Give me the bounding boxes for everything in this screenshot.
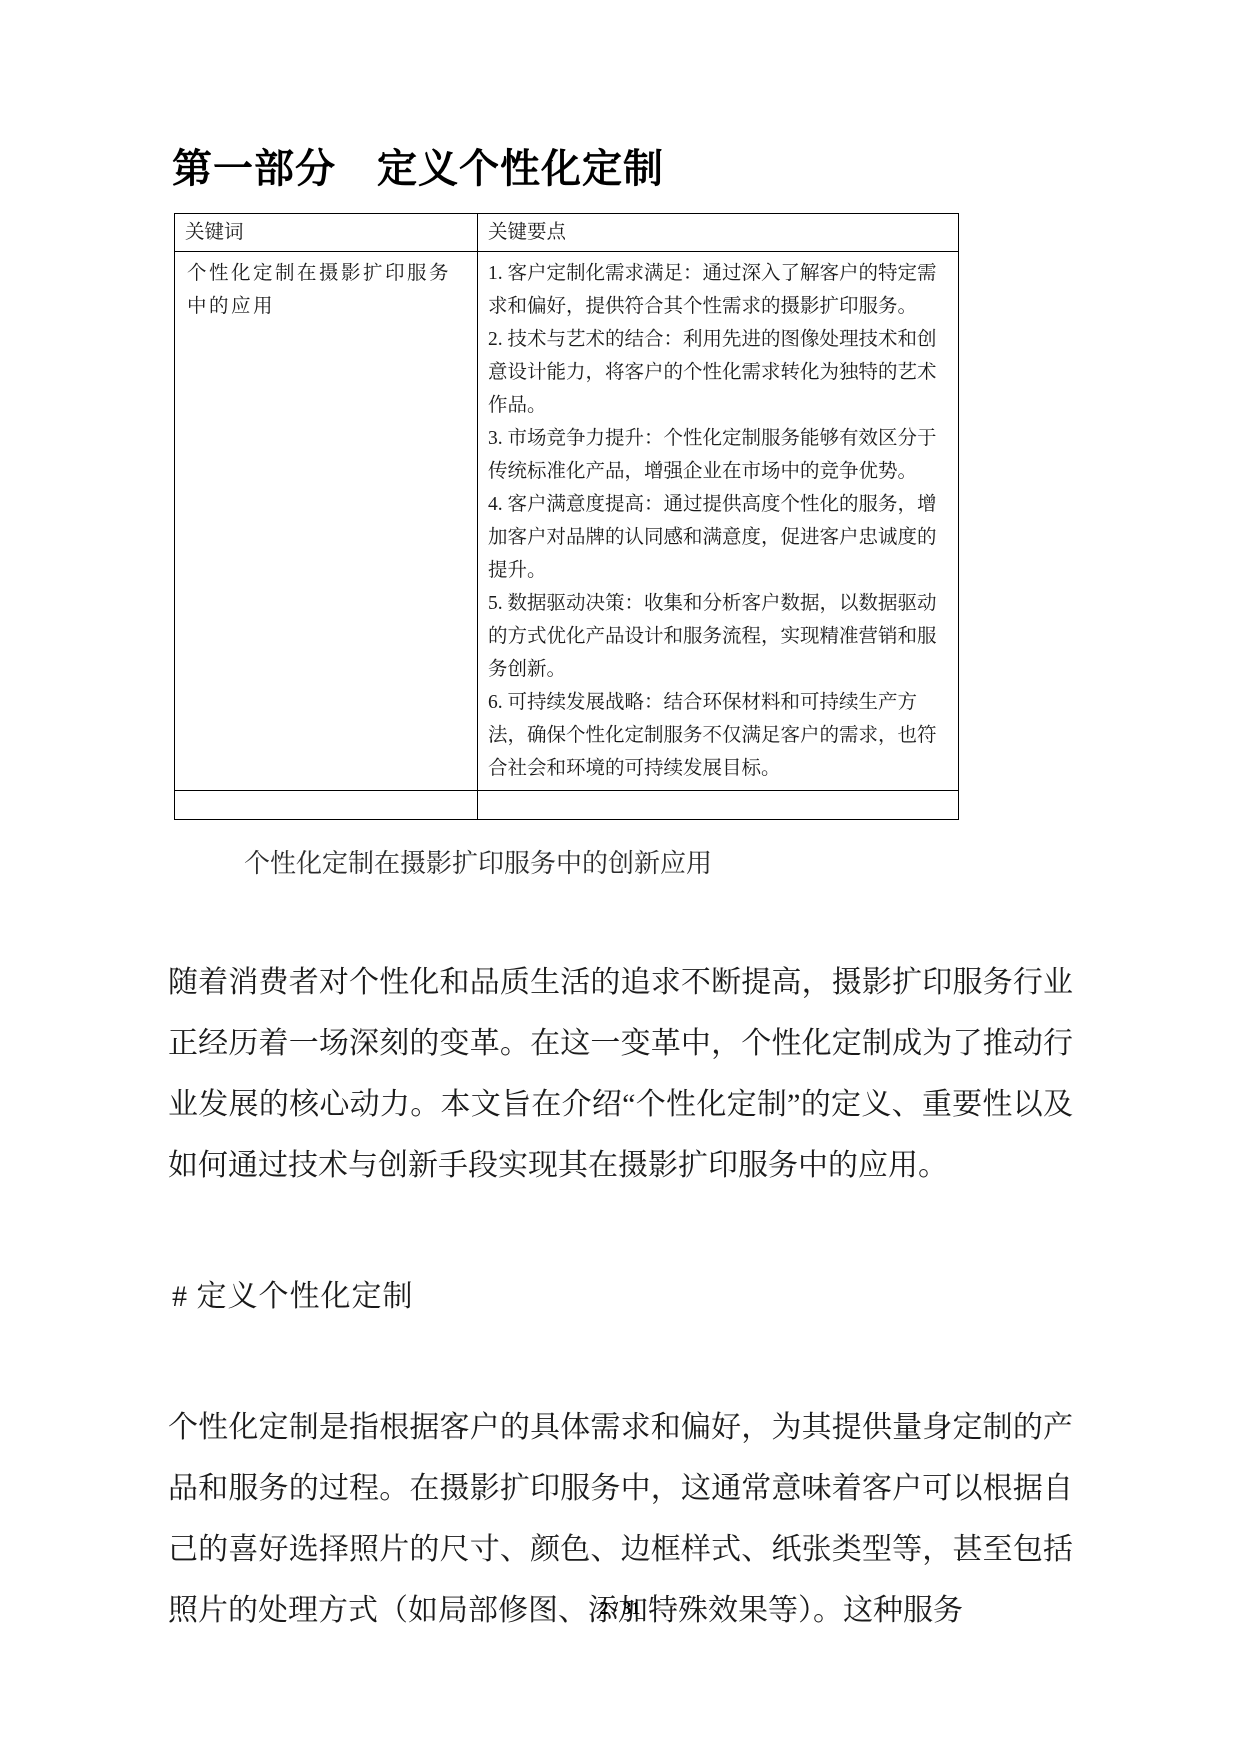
- empty-keypoints-cell: [478, 791, 959, 820]
- table-row-empty: [175, 791, 959, 820]
- keypoint-item: 5. 数据驱动决策：收集和分析客户数据，以数据驱动的方式优化产品设计和服务流程，…: [488, 587, 952, 686]
- keypoint-item: 4. 客户满意度提高：通过提供高度个性化的服务，增加客户对品牌的认同感和满意度，…: [488, 488, 952, 587]
- paragraph-intro: 随着消费者对个性化和品质生活的追求不断提高，摄影扩印服务行业正经历着一场深刻的变…: [168, 952, 1073, 1196]
- document-page: 第一部分 定义个性化定制 关键词 关键要点 个性化定制在摄影扩印服务中的应用 1…: [0, 0, 1240, 1753]
- table-header-row: 关键词 关键要点: [175, 214, 959, 252]
- keypoint-item: 6. 可持续发展战略：结合环保材料和可持续生产方法，确保个性化定制服务不仅满足客…: [488, 686, 952, 785]
- table-header-keypoints: 关键要点: [478, 214, 959, 252]
- keypoint-item: 3. 市场竞争力提升：个性化定制服务能够有效区分于传统标准化产品，增强企业在市场…: [488, 422, 952, 488]
- table-caption: 个性化定制在摄影扩印服务中的创新应用: [172, 846, 1240, 882]
- section-title: 第一部分 定义个性化定制: [172, 145, 1240, 193]
- page-number: 2 / 31: [170, 1598, 1070, 1619]
- keyword-table: 关键词 关键要点 个性化定制在摄影扩印服务中的应用 1. 客户定制化需求满足：通…: [174, 213, 959, 820]
- markdown-heading-definition: # 定义个性化定制: [172, 1266, 1240, 1327]
- keypoint-item: 2. 技术与艺术的结合：利用先进的图像处理技术和创意设计能力，将客户的个性化需求…: [488, 323, 952, 422]
- table-row: 个性化定制在摄影扩印服务中的应用 1. 客户定制化需求满足：通过深入了解客户的特…: [175, 252, 959, 791]
- empty-keyword-cell: [175, 791, 478, 820]
- keypoints-cell: 1. 客户定制化需求满足：通过深入了解客户的特定需求和偏好，提供符合其个性需求的…: [478, 252, 959, 791]
- table-header-keyword: 关键词: [175, 214, 478, 252]
- keypoint-item: 1. 客户定制化需求满足：通过深入了解客户的特定需求和偏好，提供符合其个性需求的…: [488, 257, 952, 323]
- keyword-cell: 个性化定制在摄影扩印服务中的应用: [175, 252, 478, 791]
